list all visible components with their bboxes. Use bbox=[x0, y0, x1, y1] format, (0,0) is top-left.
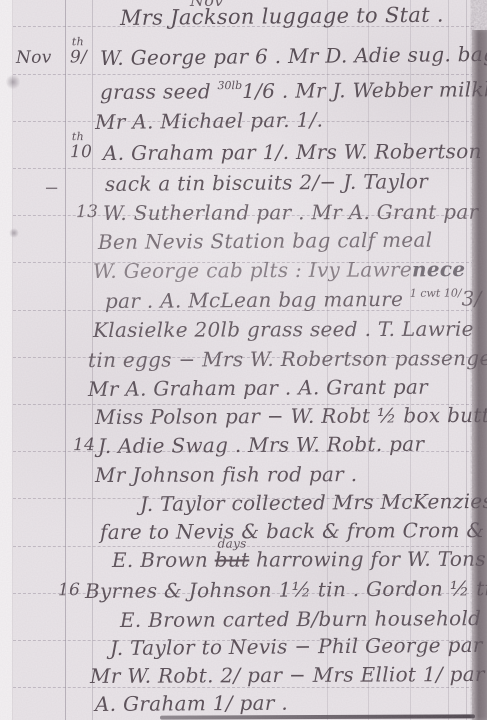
entry-day-number: 16 bbox=[58, 580, 80, 600]
ledger-entry-line: fare to Nevis & back & from Crom & back bbox=[100, 518, 487, 544]
ledger-entry-line: Ben Nevis Station bag calf meal bbox=[98, 228, 433, 254]
ledger-entry-line: 10thA. Graham par 1/. Mrs W. Robertson bbox=[103, 139, 482, 165]
entry-text: fare to Nevis & back & from Crom & back bbox=[100, 518, 487, 544]
scan-speck bbox=[6, 74, 20, 90]
entry-text: 3/ bbox=[461, 286, 481, 310]
entry-text: Klasielke 20lb grass seed . T. Lawrie bbox=[93, 317, 474, 342]
entry-text: Mr Johnson fish rod par . bbox=[95, 462, 357, 487]
ledger-entry-line: Miss Polson par − W. Robt ½ box butter bbox=[95, 403, 487, 429]
ledger-entry-line: Klasielke 20lb grass seed . T. Lawrie bbox=[93, 317, 474, 342]
ledger-entry-line: Mr A. Graham par . A. Grant par bbox=[88, 375, 428, 401]
entry-text: E. Brown bbox=[112, 548, 215, 572]
entry-text: J. Taylor to Nevis − Phil George par 1/ bbox=[110, 633, 487, 660]
entry-text: W. George par 6 . Mr D. Adie sug. bag bbox=[100, 42, 487, 70]
entry-text: 1/6 . Mr J. Webber milkboard bbox=[242, 77, 487, 103]
entry-text: A. Graham 1/ par . bbox=[95, 691, 288, 716]
ledger-entry-line: J. Taylor to Nevis − Phil George par 1/ bbox=[110, 633, 487, 660]
entry-text: E. Brown carted B/burn household bbox=[120, 606, 481, 632]
ledger-entry-line: Mr Johnson fish rod par . bbox=[95, 462, 357, 487]
inserted-word-above: days bbox=[218, 537, 247, 551]
entry-text: J. Adie Swag . Mrs W. Robt. par bbox=[98, 432, 424, 458]
entry-text: Mr A. Michael par. 1/. bbox=[95, 108, 324, 134]
ledger-entry-line: E. Brown butdays harrowing for W. Tons bbox=[112, 547, 486, 572]
ruled-line-vertical bbox=[65, 0, 66, 720]
ledger-entry-line: W. George cab plts : Ivy Lawrenece bbox=[93, 257, 465, 283]
ledger-entry-line: grass seed 30lb1/6 . Mr J. Webber milkbo… bbox=[100, 77, 487, 104]
entry-text: J. Taylor collected Mrs McKenzies bbox=[140, 489, 487, 516]
entry-day-number: 14 bbox=[73, 435, 95, 455]
ledger-entry-line: sack a tin biscuits 2/− J. Taylor bbox=[105, 169, 428, 196]
ledger-entry-line: par . A. McLean bag manure 1 cwt 10/3/ bbox=[105, 286, 482, 313]
entry-text: A. Graham par 1/. Mrs W. Robertson bbox=[103, 139, 482, 165]
ledger-entry-line: Nov9/thW. George par 6 . Mr D. Adie sug.… bbox=[100, 42, 487, 70]
entry-day-suffix: th bbox=[72, 130, 84, 143]
ledger-entry-line: 14J. Adie Swag . Mrs W. Robt. par bbox=[98, 432, 424, 458]
header-title-line: Mrs Jackson luggage to Stat . bbox=[120, 3, 444, 30]
ledger-entry-line: J. Taylor collected Mrs McKenzies bbox=[140, 489, 487, 516]
entry-text: harrowing for W. Tons bbox=[249, 547, 486, 572]
overwritten-text: nece bbox=[412, 257, 465, 281]
superscript-note: 30lb bbox=[217, 79, 242, 92]
ledger-entry-line: 16Byrnes & Johnson 1½ tin . Gordon ½ tin bbox=[85, 576, 487, 603]
scan-speck bbox=[9, 228, 19, 238]
entry-text: Byrnes & Johnson 1½ tin . Gordon ½ tin bbox=[85, 576, 487, 603]
ledger-entry-line: 13W. Sutherland par . Mr A. Grant par bbox=[103, 200, 479, 225]
entry-month: Nov bbox=[16, 48, 52, 68]
ledger-scan-page: Nov Mrs Jackson luggage to Stat . − Nov9… bbox=[0, 0, 487, 720]
ledger-entry-line: Mr W. Robt. 2/ par − Mrs Elliot 1/ par bbox=[90, 662, 485, 688]
entry-text: Mr W. Robt. 2/ par − Mrs Elliot 1/ par bbox=[90, 662, 485, 688]
entry-text: sack a tin biscuits 2/− J. Taylor bbox=[105, 169, 428, 196]
struck-out-word: but bbox=[215, 548, 250, 572]
entry-text: par . A. McLean bag manure bbox=[105, 287, 410, 313]
entry-text: Mr A. Graham par . A. Grant par bbox=[88, 375, 428, 401]
ledger-entry-line: Mr A. Michael par. 1/. bbox=[95, 108, 324, 134]
entry-day-number: 9/ bbox=[70, 47, 87, 67]
entry-day-number: 13 bbox=[76, 202, 98, 222]
entry-day-suffix: th bbox=[72, 35, 84, 48]
entry-day-number: 10 bbox=[70, 142, 92, 162]
ledger-entry-line: tin eggs − Mrs W. Robertson passenger bbox=[88, 346, 487, 372]
entry-text: W. Sutherland par . Mr A. Grant par bbox=[103, 200, 479, 225]
entry-text: Ben Nevis Station bag calf meal bbox=[98, 228, 433, 254]
ledger-entry-line: A. Graham 1/ par . bbox=[95, 691, 288, 716]
cancelled-word-group: butdays bbox=[215, 548, 250, 572]
left-margin-strip bbox=[0, 0, 13, 720]
ledger-entry-line: E. Brown carted B/burn household bbox=[120, 606, 481, 632]
ruled-line-horizontal bbox=[13, 74, 474, 75]
entry-text: grass seed bbox=[100, 79, 218, 104]
entry-text: tin eggs − Mrs W. Robertson passenger bbox=[88, 346, 487, 372]
marginalia-dash: − bbox=[44, 178, 59, 199]
entry-text: W. George cab plts : Ivy Lawre bbox=[93, 257, 412, 283]
superscript-note: 1 cwt 10/ bbox=[410, 287, 462, 300]
entry-text: Miss Polson par − W. Robt ½ box butter bbox=[95, 403, 487, 429]
